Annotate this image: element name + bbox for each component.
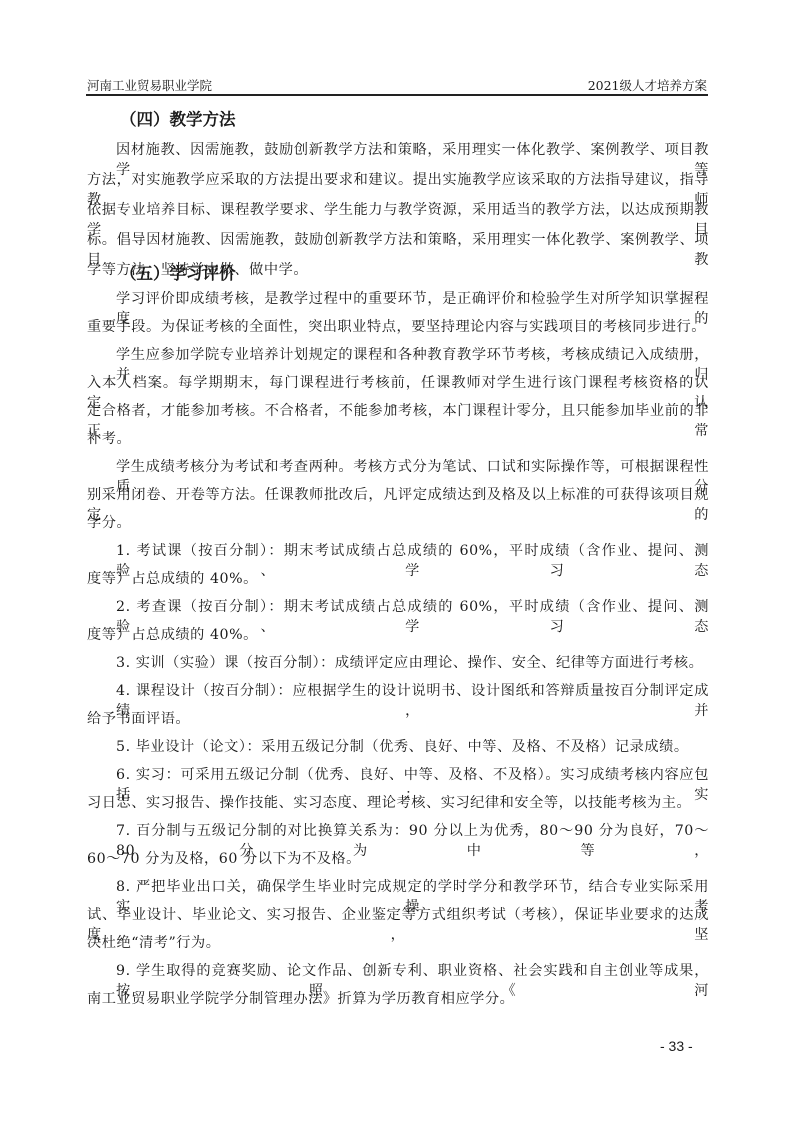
text-line: 给予书面评语。 (87, 708, 709, 728)
header-doc-title: 2021级人才培养方案 (588, 76, 707, 94)
header-rule (86, 94, 708, 96)
text-line: 重要手段。为保证考核的全面性，突出职业特点，要坚持理论内容与实践项目的考核同步进… (87, 316, 709, 336)
text-line: 60～70 分为及格，60 分以下为不及格。 (87, 848, 709, 868)
section-heading-learning-evaluation: （五）学习评价 (120, 260, 236, 284)
text-line: 度等）占总成绩的 40%。 (87, 624, 709, 644)
text-line: 南工业贸易职业学院学分制管理办法》折算为学历教育相应学分。 (87, 988, 709, 1008)
section-heading-teaching-methods: （四）教学方法 (120, 106, 236, 130)
text-line: 补考。 (87, 428, 709, 448)
text-line: 学分。 (87, 512, 709, 532)
text-line: 决杜绝“清考”行为。 (87, 932, 709, 952)
page-header: 河南工业贸易职业学院 2021级人才培养方案 (87, 76, 707, 94)
text-line: 习日志、实习报告、操作技能、实习态度、理论考核、实习纪律和安全等，以技能考核为主… (87, 792, 709, 812)
list-item: 5. 毕业设计（论文）：采用五级记分制（优秀、良好、中等、及格、不及格）记录成绩… (116, 736, 709, 756)
header-institution: 河南工业贸易职业学院 (87, 76, 212, 94)
page-number: - 33 - (660, 1038, 693, 1054)
text-line: 度等）占总成绩的 40%。 (87, 568, 709, 588)
list-item: 3. 实训（实验）课（按百分制）：成绩评定应由理论、操作、安全、纪律等方面进行考… (116, 652, 709, 672)
